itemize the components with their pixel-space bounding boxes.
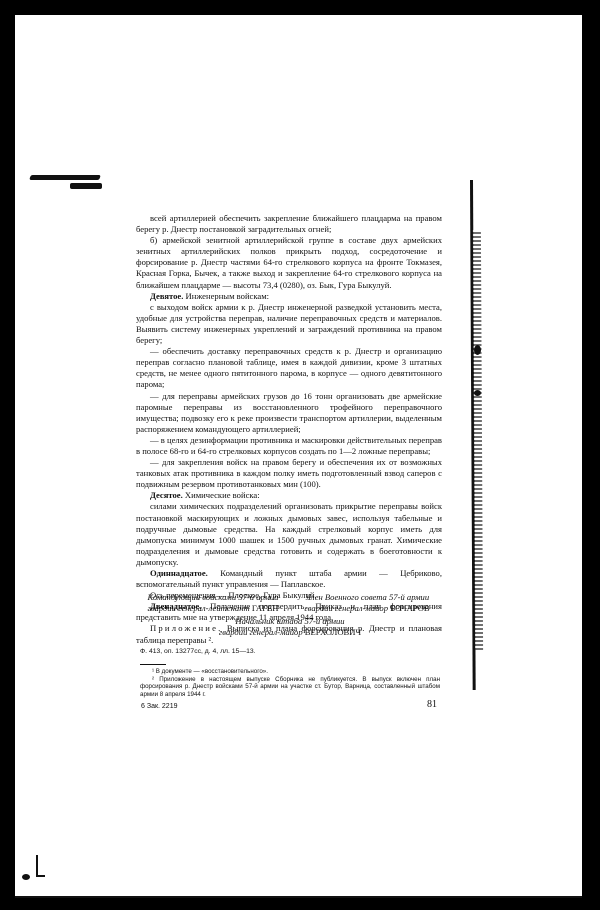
signature-title: Член Военного совета 57-й армии xyxy=(292,592,442,603)
page-number: 81 xyxy=(427,699,437,710)
footnotes: ¹ В документе — «восстановительного». ² … xyxy=(140,668,440,698)
signature-rank: гвардии генерал-майор xyxy=(304,603,388,613)
paragraph: Одиннадцатое. Командный пункт штаба арми… xyxy=(136,568,442,590)
corner-mark xyxy=(36,855,38,875)
signature-title: Начальник штаба 57-й армии xyxy=(200,616,380,627)
paragraph-text: всей артиллерией обеспечить закрепление … xyxy=(136,213,442,234)
signature-name: ВЕРХОЛОВИЧ xyxy=(305,627,361,637)
paragraph-text: Инженерным войскам: xyxy=(183,291,269,301)
scan-smudge xyxy=(29,175,101,180)
scan-smudge xyxy=(70,183,102,189)
paragraph: — в целях дезинформации противника и мас… xyxy=(136,435,442,457)
section-heading: Десятое. xyxy=(150,490,183,500)
footnote-divider xyxy=(140,664,166,665)
paragraph-text: — для переправы армейских грузов до 16 т… xyxy=(136,391,442,434)
paragraph: Девятое. Инженерным войскам: xyxy=(136,291,442,302)
corner-mark xyxy=(36,875,45,877)
paragraph: с выходом войск армии к р. Днестр инжене… xyxy=(136,302,442,346)
signature-title: Командующий войсками 57-й армии xyxy=(138,592,288,603)
scan-smudge xyxy=(22,874,30,880)
footnote-1: ¹ В документе — «восстановительного». xyxy=(140,668,440,676)
section-heading: Одиннадцатое. xyxy=(150,568,208,578)
paragraph-text: — обеспечить доставку переправочных сред… xyxy=(136,346,442,389)
signature-name: БОЧАРОВ xyxy=(390,603,429,613)
signature-chief-of-staff: Начальник штаба 57-й армии гвардии генер… xyxy=(200,616,380,638)
paragraph: — для переправы армейских грузов до 16 т… xyxy=(136,391,442,435)
section-heading: Девятое. xyxy=(150,291,183,301)
paragraph-text: б) армейской зенитной артиллерийской гру… xyxy=(136,235,442,289)
signature-name: ГАГЕН xyxy=(252,603,279,613)
paragraph-text: силами химических подразделений организо… xyxy=(136,501,442,566)
paragraph: силами химических подразделений организо… xyxy=(136,501,442,568)
printer-signature-mark: 6 Зак. 2219 xyxy=(141,703,177,710)
scan-smudge xyxy=(474,345,481,355)
paragraph-text: Химические войска: xyxy=(183,490,260,500)
footnote-2: ² Приложение в настоящем выпуске Сборник… xyxy=(140,676,440,699)
signature-commander: Командующий войсками 57-й армии гвардии … xyxy=(138,592,288,614)
paragraph: Десятое. Химические войска: xyxy=(136,490,442,501)
paragraph-text: с выходом войск армии к р. Днестр инжене… xyxy=(136,302,442,345)
paragraph: — для закрепления войск на правом берегу… xyxy=(136,457,442,490)
signature-rank: гвардии генерал-майор xyxy=(219,627,303,637)
signature-council-member: Член Военного совета 57-й армии гвардии … xyxy=(292,592,442,614)
document-body: всей артиллерией обеспечить закрепление … xyxy=(136,213,442,646)
signature-rank: гвардии генерал-лейтенант xyxy=(148,603,250,613)
scan-smudge xyxy=(474,390,481,396)
archive-reference: Ф. 413, оп. 13277сс, д. 4, лл. 15—13. xyxy=(140,648,256,655)
paragraph: всей артиллерией обеспечить закрепление … xyxy=(136,213,442,235)
paragraph-text: — для закрепления войск на правом берегу… xyxy=(136,457,442,489)
paragraph: — обеспечить доставку переправочных сред… xyxy=(136,346,442,390)
paragraph: б) армейской зенитной артиллерийской гру… xyxy=(136,235,442,290)
paragraph-text: — в целях дезинформации противника и мас… xyxy=(136,435,442,456)
